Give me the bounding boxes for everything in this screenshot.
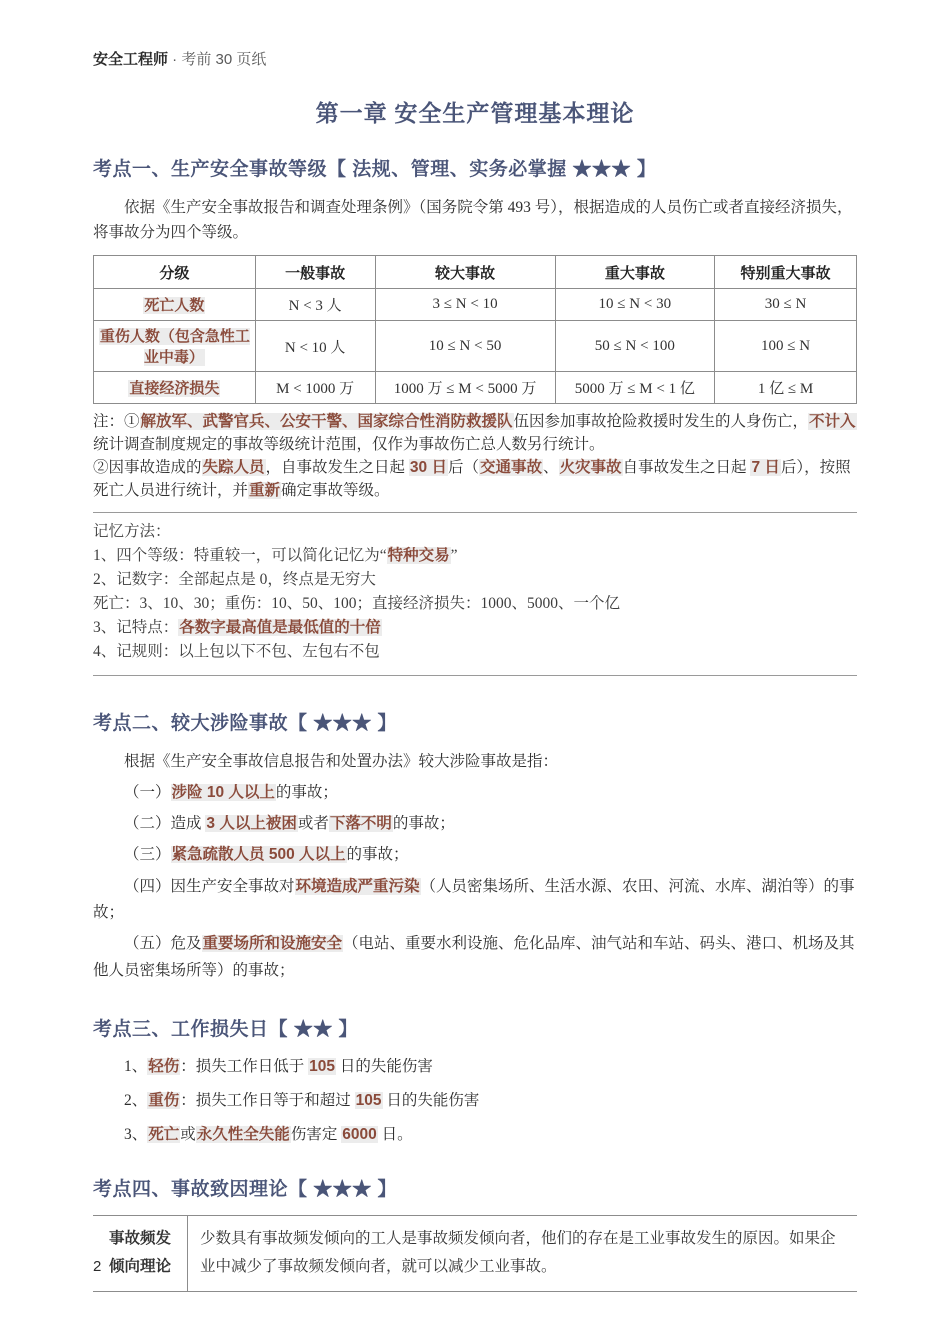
table-header-cell: 分级 — [94, 256, 256, 289]
table-row: 重伤人数（包含急性工业中毒） N < 10 人 10 ≤ N < 50 50 ≤… — [94, 321, 857, 372]
section-2-intro: 根据《生产安全事故信息报告和处置办法》较大涉险事故是指： — [93, 749, 857, 774]
table-header-cell: 重大事故 — [555, 256, 714, 289]
table-row: 直接经济损失 M < 1000 万 1000 万 ≤ M < 5000 万 50… — [94, 372, 857, 404]
list-item: （一）涉险 10 人以上的事故； — [93, 780, 857, 806]
table-header-cell: 特别重大事故 — [715, 256, 857, 289]
header-brand: 安全工程师 — [93, 51, 168, 68]
theory-table: 事故频发 倾向理论 少数具有事故频发倾向的工人是事故频发倾向者，他们的存在是工业… — [93, 1215, 857, 1292]
theory-label-line: 事故频发 — [97, 1225, 183, 1254]
table-header-cell: 较大事故 — [375, 256, 555, 289]
row-label: 重伤人数（包含急性工业中毒） — [99, 328, 250, 366]
table-cell: 50 ≤ N < 100 — [555, 321, 714, 372]
table-cell: 30 ≤ N — [715, 289, 857, 321]
table-header-row: 分级 一般事故 较大事故 重大事故 特别重大事故 — [94, 256, 857, 289]
theory-label: 事故频发 倾向理论 — [93, 1216, 188, 1291]
table-cell: 3 ≤ N < 10 — [375, 289, 555, 321]
table-cell: 10 ≤ N < 30 — [555, 289, 714, 321]
table-cell: 5000 万 ≤ M < 1 亿 — [555, 372, 714, 404]
row-label-cell: 重伤人数（包含急性工业中毒） — [94, 321, 256, 372]
row-label: 死亡人数 — [143, 297, 205, 314]
memory-line: 记忆方法： — [93, 521, 857, 544]
table-cell: 10 ≤ N < 50 — [375, 321, 555, 372]
row-label-cell: 死亡人数 — [94, 289, 256, 321]
table-header-cell: 一般事故 — [255, 256, 375, 289]
document-page: 安全工程师 · 考前 30 页纸 第一章 安全生产管理基本理论 考点一、生产安全… — [0, 0, 950, 1292]
table-cell: M < 1000 万 — [255, 372, 375, 404]
table-cell: N < 10 人 — [255, 321, 375, 372]
section-heading-3: 考点三、工作损失日【 ★★ 】 — [93, 1014, 857, 1041]
memory-line: 1、四个等级：特重较一，可以简化记忆为“特种交易” — [93, 545, 857, 568]
theory-label-line: 倾向理论 — [97, 1253, 183, 1282]
document-header: 安全工程师 · 考前 30 页纸 — [93, 48, 857, 69]
note-2: ②因事故造成的失踪人员，自事故发生之日起 30 日后（交通事故、火灾事故自事故发… — [93, 457, 857, 503]
row-label: 直接经济损失 — [128, 380, 220, 397]
notes-block: 注：①解放军、武警官兵、公安干警、国家综合性消防救援队伍因参加事故抢险救援时发生… — [93, 404, 857, 513]
memory-line: 3、记特点：各数字最高值是最低值的十倍 — [93, 617, 857, 640]
table-row: 死亡人数 N < 3 人 3 ≤ N < 10 10 ≤ N < 30 30 ≤… — [94, 289, 857, 321]
list-item: （五）危及重要场所和设施安全（电站、重要水利设施、危化品库、油气站和车站、码头、… — [93, 931, 857, 984]
table-cell: N < 3 人 — [255, 289, 375, 321]
table-cell: 1000 万 ≤ M < 5000 万 — [375, 372, 555, 404]
memory-line: 死亡：3、10、30；重伤：10、50、100；直接经济损失：1000、5000… — [93, 593, 857, 616]
memory-line: 4、记规则：以上包以下不包、左包右不包 — [93, 641, 857, 664]
section-heading-4: 考点四、事故致因理论【 ★★★ 】 — [93, 1174, 857, 1201]
list-item: （三）紧急疏散人员 500 人以上的事故； — [93, 842, 857, 868]
note-1: 注：①解放军、武警官兵、公安干警、国家综合性消防救援队伍因参加事故抢险救援时发生… — [93, 411, 857, 457]
memory-method-block: 记忆方法： 1、四个等级：特重较一，可以简化记忆为“特种交易” 2、记数字：全部… — [93, 513, 857, 676]
theory-content: 少数具有事故频发倾向的工人是事故频发倾向者，他们的存在是工业事故发生的原因。如果… — [188, 1216, 857, 1291]
row-label-cell: 直接经济损失 — [94, 372, 256, 404]
table-cell: 1 亿 ≤ M — [715, 372, 857, 404]
list-item: 1、轻伤：损失工作日低于 105 日的失能伤害 — [93, 1055, 857, 1080]
section-1-intro: 依据《生产安全事故报告和调查处理条例》（国务院令第 493 号），根据造成的人员… — [93, 195, 857, 245]
list-item: 3、死亡或永久性全失能伤害定 6000 日。 — [93, 1123, 857, 1148]
chapter-title: 第一章 安全生产管理基本理论 — [93, 95, 857, 128]
section-heading-1: 考点一、生产安全事故等级【 法规、管理、实务必掌握 ★★★ 】 — [93, 154, 857, 181]
list-item: （二）造成 3 人以上被困或者下落不明的事故； — [93, 811, 857, 837]
accident-grade-table: 分级 一般事故 较大事故 重大事故 特别重大事故 死亡人数 N < 3 人 3 … — [93, 255, 857, 404]
list-item: 2、重伤：损失工作日等于和超过 105 日的失能伤害 — [93, 1089, 857, 1114]
table-cell: 100 ≤ N — [715, 321, 857, 372]
list-item: （四）因生产安全事故对环境造成严重污染（人员密集场所、生活水源、农田、河流、水库… — [93, 874, 857, 927]
header-suffix: · 考前 30 页纸 — [168, 51, 266, 68]
section-heading-2: 考点二、较大涉险事故【 ★★★ 】 — [93, 708, 857, 735]
memory-line: 2、记数字：全部起点是 0，终点是无穷大 — [93, 569, 857, 592]
page-number: 2 — [93, 1258, 101, 1275]
